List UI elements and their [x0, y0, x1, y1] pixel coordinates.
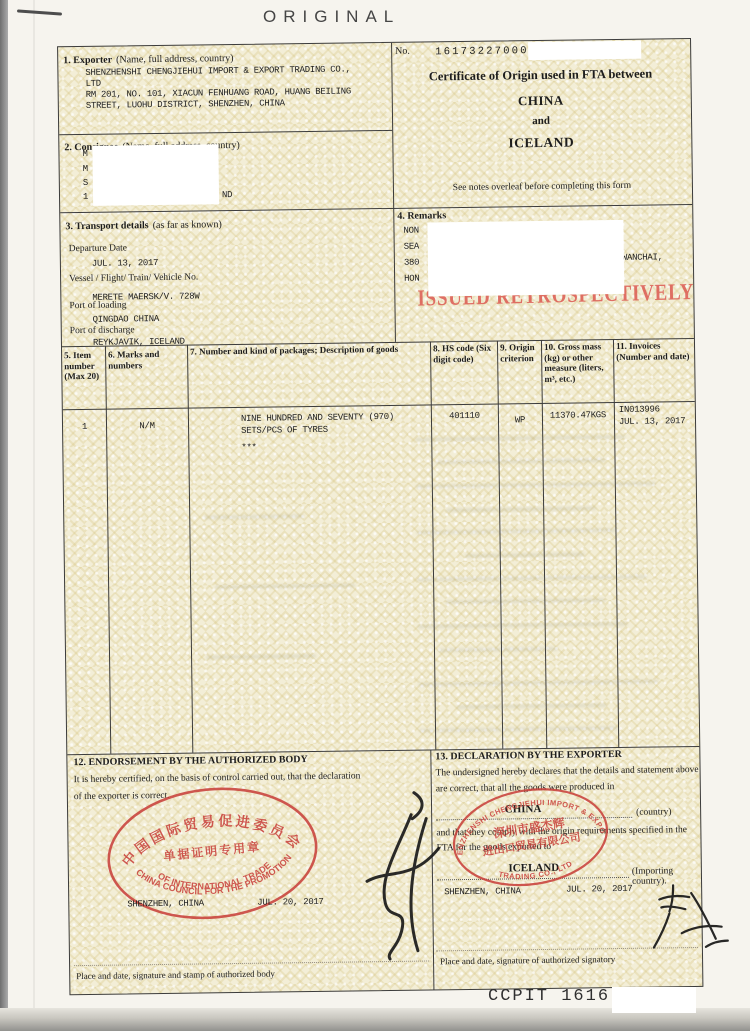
- row-description-line2: SETS/PCS OF TYRES: [241, 425, 328, 436]
- exporter-line: LTD: [85, 79, 100, 89]
- authorized-body-signature: [354, 784, 451, 965]
- bleed-through-mark: [418, 679, 658, 686]
- bleed-through-mark: [215, 583, 355, 589]
- exporter-line: RM 201, NO. 101, XIACUN FENHUANG ROAD, H…: [86, 86, 351, 99]
- box1-title: 1. Exporter: [63, 55, 112, 67]
- bleed-through-mark: [457, 703, 607, 709]
- country-suffix: (country): [636, 807, 671, 817]
- row-hs-code: 401110: [431, 411, 498, 422]
- table-header-packages: 7. Number and kind of packages; Descript…: [190, 343, 426, 357]
- box1-exporter-label: 1. Exporter (Name, full address, country…: [63, 48, 234, 68]
- remarks-partial-line: NON: [403, 226, 418, 236]
- box13-title: 13. DECLARATION BY THE EXPORTER: [435, 749, 622, 762]
- paper-crease: [33, 0, 35, 1008]
- box4-remarks-title: 4. Remarks: [397, 210, 446, 222]
- row-gross-mass: 11370.47KGS: [542, 410, 614, 421]
- remarks-partial-line: SEA: [404, 242, 419, 252]
- remarks-partial-line: 380: [404, 258, 419, 268]
- table-header-origin-criterion: 9. Origin criterion: [500, 342, 539, 364]
- stamp-chinese-center: 单据证明专用章: [163, 838, 262, 863]
- box3-transport-label: 3. Transport details (as far as known): [65, 214, 222, 234]
- port-of-loading-value: QINGDAO CHINA: [93, 314, 159, 325]
- bleed-through-mark: [206, 654, 316, 659]
- certificate-no-label: No.: [395, 46, 410, 57]
- exporter-line: STREET, LUOHU DISTRICT, SHENZHEN, CHINA: [86, 98, 285, 111]
- redaction-box-consignee: [92, 144, 219, 206]
- certificate-conjunction: and: [392, 113, 690, 129]
- certificate-number: 16173227000: [435, 45, 529, 58]
- authorized-signatory-signature: [645, 876, 736, 963]
- col-line-8-9: [497, 341, 503, 749]
- row-description-line1: NINE HUNDRED AND SEVENTY (970): [241, 412, 394, 424]
- bleed-through-mark: [465, 552, 585, 558]
- redaction-box-remarks: [427, 220, 624, 297]
- scanner-edge-left: [0, 0, 8, 1031]
- row-invoice-number: IN013996: [619, 404, 660, 415]
- certificate-form: 1. Exporter (Name, full address, country…: [57, 38, 703, 995]
- box13-place: SHENZHEN, CHINA: [444, 886, 521, 897]
- remarks-visible-fragment: WANCHAI,: [622, 252, 663, 263]
- original-watermark: ORIGINAL: [263, 7, 400, 27]
- table-header-line: [63, 401, 695, 410]
- bleed-through-mark: [416, 481, 656, 488]
- vessel-label: Vessel / Flight/ Train/ Vehicle No.: [69, 272, 198, 284]
- box13-date: JUL. 20, 2017: [566, 884, 632, 895]
- port-of-discharge-value: REYKJAVIK, ICELAND: [93, 337, 185, 348]
- certificate-country-b: ICELAND: [392, 133, 690, 153]
- port-of-loading-label: Port of loading: [69, 300, 126, 311]
- bleed-through-mark: [204, 514, 304, 519]
- bleed-through-mark: [415, 435, 625, 442]
- row-marks: N/M: [106, 421, 188, 432]
- table-header-hs-code: 8. HS code (Six digit code): [433, 343, 493, 365]
- box12-caption: Place and date, signature and stamp of a…: [76, 969, 275, 982]
- box13-body-line1: The undersigned hereby declares that the…: [436, 765, 699, 778]
- redaction-box-certificate-number: [528, 41, 641, 60]
- bleed-through-mark: [436, 458, 606, 464]
- table-header-invoices: 11. Invoices (Number and date): [616, 340, 690, 362]
- bleed-through-mark: [438, 647, 558, 653]
- bleed-through-mark: [445, 598, 605, 604]
- col-line-9-10: [541, 340, 547, 748]
- col-line-7-8: [430, 341, 436, 749]
- table-header-gross-mass: 10. Gross mass (kg) or other measure (li…: [544, 341, 611, 384]
- consignee-partial-char: S: [83, 178, 88, 188]
- consignee-partial-char: M: [83, 164, 88, 174]
- exporter-line: SHENZHENSHI CHENGJIEHUI IMPORT & EXPORT …: [85, 64, 350, 77]
- departure-date-value: JUL. 13, 2017: [92, 258, 158, 269]
- box3-subtitle: (as far as known): [153, 219, 222, 231]
- row-origin-criterion: WP: [498, 415, 542, 426]
- scanned-certificate-page: { "scan": { "original_label": "ORIGINAL"…: [0, 0, 750, 1031]
- port-of-discharge-label: Port of discharge: [70, 325, 135, 336]
- departure-date-label: Departure Date: [69, 243, 127, 254]
- consignee-partial-char: M: [82, 149, 87, 159]
- col-line-5-6: [105, 346, 111, 754]
- company-stamp-ring-bottom-text: TRADING CO., LTD: [496, 858, 575, 885]
- remarks-partial-line: HON: [404, 274, 419, 284]
- box12-date: JUL. 20, 2017: [257, 897, 323, 908]
- ccpit-oval-stamp: 中国国际贸易促进委员会 单据证明专用章 CHINA COUNCIL FOR TH…: [98, 775, 327, 936]
- redaction-box-serial: [612, 987, 696, 1013]
- box12-place: SHENZHEN, CHINA: [127, 898, 204, 909]
- ccpit-serial-code: CCPIT 1616: [488, 987, 610, 1006]
- box13-caption: Place and date, signature of authorized …: [440, 954, 615, 966]
- certificate-note: See notes overleaf before completing thi…: [393, 180, 691, 194]
- certificate-title: Certificate of Origin used in FTA betwee…: [391, 66, 689, 85]
- row-invoice-date: JUL. 13, 2017: [619, 416, 685, 427]
- consignee-partial-char: 1: [83, 192, 88, 202]
- bleed-through-mark: [417, 575, 647, 582]
- box1-subtitle: (Name, full address, country): [116, 53, 234, 66]
- row-item-number: 1: [63, 422, 106, 433]
- divider-box2-box3: [60, 204, 692, 213]
- col-line-10-11: [613, 339, 619, 747]
- consignee-trailing-text: ND: [222, 190, 232, 200]
- bleed-through-mark: [419, 726, 619, 733]
- bleed-through-mark: [446, 506, 596, 512]
- box3-title: 3. Transport details: [65, 220, 148, 232]
- row-description-line3: ***: [241, 443, 256, 453]
- col-line-6-7: [187, 345, 193, 753]
- bleed-through-mark: [418, 622, 628, 629]
- certificate-country-a: CHINA: [392, 91, 690, 111]
- table-header-item-number: 5. Item number (Max 20): [64, 350, 103, 382]
- bleed-through-mark: [416, 528, 616, 535]
- table-header-marks: 6. Marks and numbers: [108, 349, 184, 371]
- box12-title: 12. ENDORSEMENT BY THE AUTHORIZED BODY: [73, 754, 307, 768]
- box12-body-line1: It is hereby certified, on the basis of …: [74, 771, 361, 785]
